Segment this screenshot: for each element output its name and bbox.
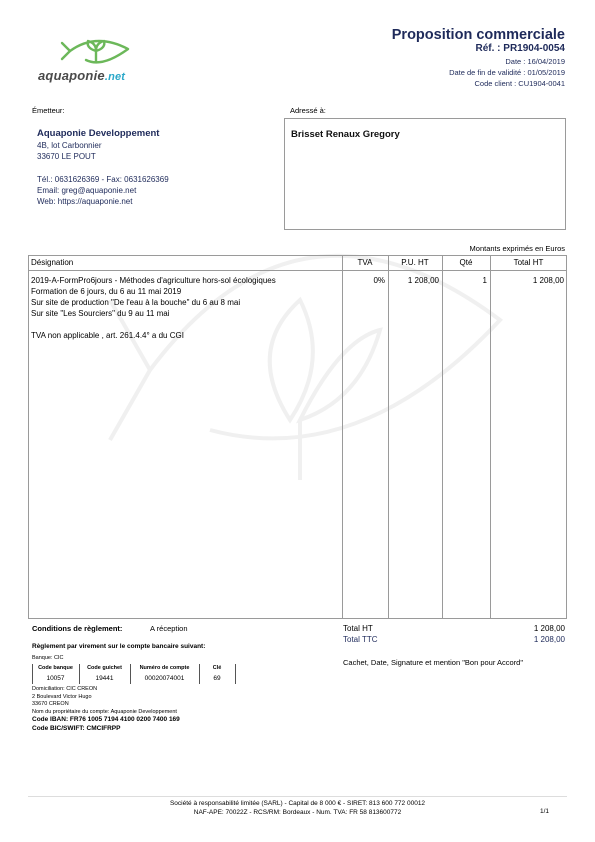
column-header-quantity: Qté — [442, 258, 490, 267]
account-number-value: 00020074001 — [130, 675, 199, 682]
account-number-header: Numéro de compte — [130, 665, 199, 671]
page-number: 1/1 — [540, 808, 549, 815]
account-owner: Nom du propriétaire du compte: Aquaponie… — [32, 709, 177, 715]
column-header-designation: Désignation — [31, 258, 73, 267]
item-description-line: Formation de 6 jours, du 6 au 11 mai 201… — [31, 287, 181, 296]
item-tva: 0% — [342, 276, 385, 285]
column-header-tva: TVA — [342, 258, 388, 267]
sender-name: Aquaponie Developpement — [37, 128, 159, 139]
item-description-line: Sur site "Les Sourciers" du 9 au 11 mai — [31, 309, 170, 318]
total-ht-value: 1 208,00 — [534, 624, 565, 633]
sender-address-2: 33670 LE POUT — [37, 152, 96, 161]
key-header: Clé — [199, 665, 235, 671]
total-ht-label: Total HT — [343, 624, 373, 633]
item-description-line: Sur site de production "De l'eau à la bo… — [31, 298, 240, 307]
bank-code-header: Code banque — [32, 665, 79, 671]
company-logo: aquaponie.net — [36, 34, 146, 86]
sender-address-1: 4B, lot Carbonnier — [37, 141, 101, 150]
branch-code-header: Code guichet — [79, 665, 130, 671]
document-title: Proposition commerciale — [392, 27, 565, 43]
column-divider — [342, 255, 343, 619]
item-quantity: 1 — [442, 276, 487, 285]
bank-domiciliation: Domiciliation: CIC CREON — [32, 686, 97, 692]
total-ttc-value: 1 208,00 — [534, 635, 565, 644]
signature-note: Cachet, Date, Signature et mention "Bon … — [343, 658, 523, 667]
logo-tld: .net — [105, 71, 125, 83]
item-unit-price: 1 208,00 — [388, 276, 439, 285]
bic-swift: Code BIC/SWIFT: CMCIFRPP — [32, 725, 120, 732]
item-description-line: 2019-A-FormPro6jours - Méthodes d'agricu… — [31, 276, 276, 285]
footer-legal-line-2: NAF-APE: 70022Z - RCS/RM: Bordeaux - Num… — [0, 809, 595, 816]
bank-transfer-title: Règlement par virement sur le compte ban… — [32, 643, 205, 650]
table-header-divider — [28, 270, 567, 271]
item-total: 1 208,00 — [490, 276, 564, 285]
bank-table-divider — [235, 664, 236, 684]
logo-wordmark: aquaponie.net — [38, 68, 125, 83]
footer-legal-line-1: Société à responsabilité limitée (SARL) … — [0, 800, 595, 807]
validity-date: Date de fin de validité : 01/05/2019 — [449, 68, 565, 77]
document-date: Date : 16/04/2019 — [505, 57, 565, 66]
column-divider — [388, 255, 389, 619]
column-header-unit-price: P.U. HT — [388, 258, 442, 267]
sender-email[interactable]: Email: greg@aquaponie.net — [37, 186, 136, 195]
sender-website[interactable]: Web: https://aquaponie.net — [37, 197, 132, 206]
branch-code-value: 19441 — [79, 675, 130, 682]
document-reference: Réf. : PR1904-0054 — [476, 43, 566, 54]
iban: Code IBAN: FR76 1005 7194 4100 0200 7400… — [32, 716, 180, 723]
footer-divider — [28, 796, 567, 797]
fish-sprout-icon — [56, 34, 136, 68]
logo-brand: aquaponie — [38, 68, 105, 83]
payment-conditions-label: Conditions de règlement: — [32, 624, 122, 633]
bank-code-value: 10057 — [32, 675, 79, 682]
sender-phone: Tél.: 0631626369 - Fax: 0631626369 — [37, 175, 169, 184]
column-divider — [442, 255, 443, 619]
payment-conditions-value: A réception — [150, 624, 188, 633]
recipient-name: Brisset Renaux Gregory — [291, 129, 400, 140]
recipient-label: Adressé à: — [290, 106, 326, 115]
column-header-total: Total HT — [490, 258, 567, 267]
client-code: Code client : CU1904-0041 — [475, 79, 565, 88]
key-value: 69 — [199, 675, 235, 682]
column-divider — [490, 255, 491, 619]
currency-note: Montants exprimés en Euros — [470, 244, 565, 253]
bank-address-2: 33670 CREON — [32, 701, 69, 707]
item-description-line: TVA non applicable , art. 261.4.4° a du … — [31, 331, 184, 340]
bank-name: Banque: CIC — [32, 655, 64, 661]
total-ttc-label: Total TTC — [343, 635, 378, 644]
sender-label: Émetteur: — [32, 106, 65, 115]
bank-address-1: 2 Boulevard Victor Hugo — [32, 694, 92, 700]
